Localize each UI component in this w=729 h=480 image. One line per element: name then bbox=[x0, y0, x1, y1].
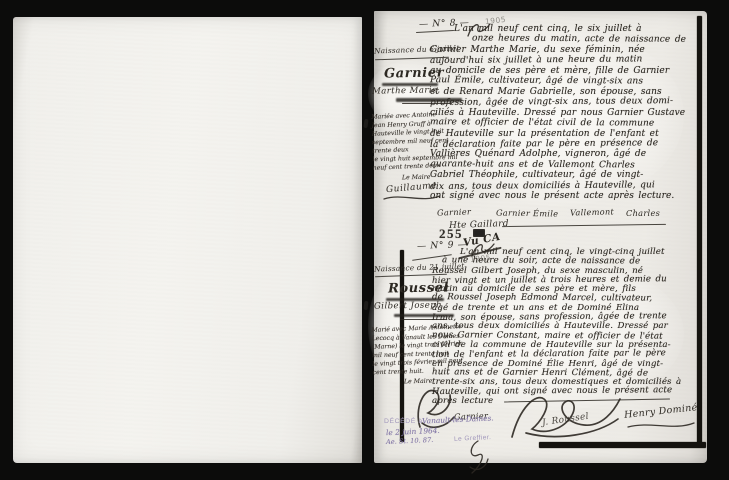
signature-underline-flourish bbox=[626, 419, 696, 431]
register-scan: — N° 8 — 1905 Naissance du 6 juillet Gar… bbox=[0, 0, 729, 480]
act-line: Paul Émile, cultivateur, âgé de vingt-si… bbox=[430, 75, 696, 87]
act-line: nous Garnier Constant, maire et officier… bbox=[432, 331, 696, 342]
signature: Charles bbox=[626, 208, 660, 218]
act-body: L'an mil neuf cent cinq, le vingt-cinq j… bbox=[432, 248, 696, 406]
binding-stitch bbox=[363, 119, 368, 128]
death-stamp-reference: Ae. St. 10. 87. bbox=[386, 436, 434, 446]
flourish-stroke bbox=[512, 398, 620, 437]
left-page bbox=[13, 17, 362, 463]
signature: Vallemont bbox=[570, 206, 614, 217]
act-line: Gabriel Théophile, cultivateur, âgé de v… bbox=[430, 170, 696, 180]
closing-rule bbox=[502, 224, 666, 228]
act-line: maire et officier de l'état civil de la … bbox=[430, 117, 696, 129]
act-line: hier vingt et un juillet à trois heures … bbox=[432, 275, 696, 286]
right-page: — N° 8 — 1905 Naissance du 6 juillet Gar… bbox=[374, 11, 707, 463]
signature: Garnier bbox=[437, 206, 471, 217]
death-stamp-place: Vanault-les-Dames. bbox=[422, 413, 494, 425]
act-line: Vallières Quénard Adolphe, vigneron, âgé… bbox=[430, 149, 696, 159]
signature-flourish bbox=[506, 389, 626, 444]
greffier-paraph-flourish bbox=[462, 439, 492, 475]
act-line: ont signé avec nous le présent acte aprè… bbox=[430, 191, 696, 201]
paper-grain bbox=[13, 17, 362, 463]
binding-stitch bbox=[364, 301, 369, 310]
act-line: onze heures du matin, acte de naissance … bbox=[430, 34, 696, 46]
signature: Garnier Émile bbox=[496, 207, 558, 218]
act-line: la déclaration faite par le père en prés… bbox=[430, 138, 696, 151]
flourish-stroke bbox=[628, 423, 694, 427]
act-line: dix ans, tous deux domiciliés à Hautevil… bbox=[430, 180, 696, 193]
act-line: huit ans et de Garnier Henri Clément, âg… bbox=[432, 368, 696, 379]
photostat-frame-right bbox=[697, 16, 702, 447]
act-body: L'an mil neuf cent cinq, le six juillet … bbox=[430, 24, 696, 202]
act-line: quarante-huit ans et de Vallemont Charle… bbox=[430, 159, 696, 171]
death-stamp-label: DÉCÉDÉ à bbox=[384, 418, 423, 425]
